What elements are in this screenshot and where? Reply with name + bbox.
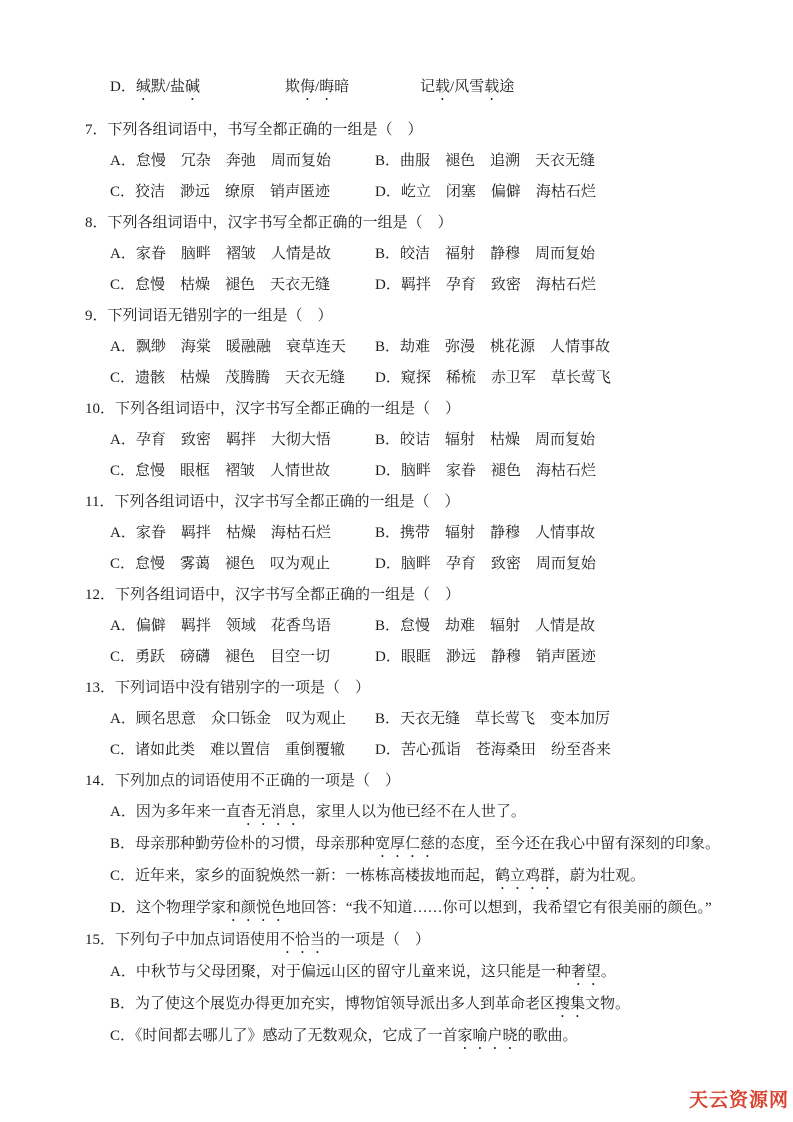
option-d: D．屹立 闭塞 偏僻 海枯石烂 [375,177,596,208]
question-number: 8． [85,215,108,231]
option-a: A．偏僻 羁拌 领域 花香鸟语 [110,611,375,642]
option-row: A．家眷 羁拌 枯燥 海枯石烂 B．携带 辐射 静穆 人情事故 [85,518,750,549]
option-row: A．顾名思意 众口铄金 叹为观止 B．天衣无缝 草长莺飞 变本加厉 [85,704,750,735]
option-a: A．家眷 脑畔 褶皱 人情是故 [110,239,375,270]
watermark-text: 天云资源网 [689,1085,789,1112]
option-c: C．狡洁 渺远 缭原 销声匿迹 [110,177,375,208]
option-c: C．《时间都去哪儿了》感动了无数观众，它成了一首家喻户晓的歌曲。 [85,1021,750,1053]
question-number: 12． [85,587,115,603]
option-a: A．顾名思意 众口铄金 叹为观止 [110,704,375,735]
word-pair-3: 记载/风雪载途 [420,72,514,104]
question-stem: 9．下列词语无错别字的一组是（ ） [85,301,750,332]
question-stem: 14．下列加点的词语使用不正确的一项是（ ） [85,766,750,797]
question-text: 下列词语中没有错别字的一项是（ ） [115,680,370,696]
question-8: 8．下列各组词语中，汉字书写全都正确的一组是（ ） A．家眷 脑畔 褶皱 人情是… [85,208,750,301]
option-row: C．怠慢 雾蔼 褪色 叹为观止 D．脑畔 孕育 致密 周而复始 [85,549,750,580]
option-d: D．脑畔 孕育 致密 周而复始 [375,549,596,580]
word-pair-1: D．缄默/盐碱 [110,72,285,104]
option-a: A．家眷 羁拌 枯燥 海枯石烂 [110,518,375,549]
question-text: 下列各组词语中，汉字书写全都正确的一组是（ ） [114,494,459,510]
question-stem: 11．下列各组词语中，汉字书写全都正确的一组是（ ） [85,487,750,518]
option-a: A．怠慢 冗杂 奔弛 周而复始 [110,146,375,177]
option-b: B．怠慢 劫难 辐射 人情是故 [375,611,595,642]
option-b: B．皎洁 福射 静穆 周而复始 [375,239,595,270]
question-number: 15． [85,932,115,948]
option-d: D．这个物理学家和颜悦色地回答：“我不知道……你可以想到，我希望它有很美丽的颜色… [85,893,750,925]
option-d: D．羁拌 孕育 致密 海枯石烂 [375,270,596,301]
question-13: 13．下列词语中没有错别字的一项是（ ） A．顾名思意 众口铄金 叹为观止 B．… [85,673,750,766]
question-7: 7．下列各组词语中，书写全都正确的一组是（ ） A．怠慢 冗杂 奔弛 周而复始 … [85,115,750,208]
option-c: C．怠慢 雾蔼 褪色 叹为观止 [110,549,375,580]
exam-page: D．缄默/盐碱 欺侮/晦暗 记载/风雪载途 7．下列各组词语中，书写全都正确的一… [85,72,750,1053]
option-row: A．家眷 脑畔 褶皱 人情是故 B．皎洁 福射 静穆 周而复始 [85,239,750,270]
option-d: D．脑畔 家眷 褪色 海枯石烂 [375,456,596,487]
option-b: B．天衣无缝 草长莺飞 变本加厉 [375,704,610,735]
option-c: C．勇跃 磅礴 褪色 目空一切 [110,642,375,673]
option-d: D．窥探 稀梳 赤卫军 草长莺飞 [375,363,611,394]
question-text: 下列各组词语中，汉字书写全都正确的一组是（ ） [115,401,460,417]
option-c: C．诸如此类 难以置信 重倒覆辙 [110,735,375,766]
option-b: B．劫难 弥漫 桃花源 人情事故 [375,332,610,363]
question-number: 14． [85,773,115,789]
question-number: 10． [85,401,115,417]
option-d: D．眼眶 渺远 静穆 销声匿迹 [375,642,596,673]
word-pair-2: 欺侮/晦暗 [285,72,420,104]
option-row: C．诸如此类 难以置信 重倒覆辙 D．苦心孤诣 苍海桑田 纷至沓来 [85,735,750,766]
question-text: 下列句子中加点词语使用不恰当的一项是（ ） [115,932,430,948]
question-stem: 12．下列各组词语中，汉字书写全都正确的一组是（ ） [85,580,750,611]
question-number: 9． [85,308,108,324]
question-14: 14．下列加点的词语使用不正确的一项是（ ） A．因为多年来一直杳无消息，家里人… [85,766,750,925]
question-stem: 10．下列各组词语中，汉字书写全都正确的一组是（ ） [85,394,750,425]
option-b: B．携带 辐射 静穆 人情事故 [375,518,595,549]
carryover-option-line: D．缄默/盐碱 欺侮/晦暗 记载/风雪载途 [85,72,750,104]
question-text: 下列各组词语中，汉字书写全都正确的一组是（ ） [108,215,453,231]
option-b: B．母亲那种勤劳俭朴的习惯，母亲那种宽厚仁慈的态度，至今还在我心中留有深刻的印象… [85,829,750,861]
question-15: 15．下列句子中加点词语使用不恰当的一项是（ ） A．中秋节与父母团聚，对于偏远… [85,925,750,1053]
option-row: C．勇跃 磅礴 褪色 目空一切 D．眼眶 渺远 静穆 销声匿迹 [85,642,750,673]
option-c: C．近年来，家乡的面貌焕然一新：一栋栋高楼拔地而起，鹤立鸡群，蔚为壮观。 [85,861,750,893]
question-text: 下列加点的词语使用不正确的一项是（ ） [115,773,400,789]
question-text: 下列词语无错别字的一组是（ ） [108,308,333,324]
question-12: 12．下列各组词语中，汉字书写全都正确的一组是（ ） A．偏僻 羁拌 领域 花香… [85,580,750,673]
question-stem: 13．下列词语中没有错别字的一项是（ ） [85,673,750,704]
question-number: 7． [85,122,108,138]
question-stem: 7．下列各组词语中，书写全都正确的一组是（ ） [85,115,750,146]
option-a: A．飘缈 海棠 暖融融 衰草连天 [110,332,375,363]
question-text: 下列各组词语中，书写全都正确的一组是（ ） [108,122,423,138]
option-c: C．怠慢 眼框 褶皱 人情世故 [110,456,375,487]
option-row: C．怠慢 眼框 褶皱 人情世故 D．脑畔 家眷 褪色 海枯石烂 [85,456,750,487]
question-10: 10．下列各组词语中，汉字书写全都正确的一组是（ ） A．孕育 致密 羁拌 大彻… [85,394,750,487]
option-c: C．遗骸 枯燥 茂腾腾 天衣无缝 [110,363,375,394]
option-b: B．皎诘 辐射 枯燥 周而复始 [375,425,595,456]
option-c: C．怠慢 枯燥 褪色 天衣无缝 [110,270,375,301]
question-number: 13． [85,680,115,696]
question-stem: 8．下列各组词语中，汉字书写全都正确的一组是（ ） [85,208,750,239]
question-9: 9．下列词语无错别字的一组是（ ） A．飘缈 海棠 暖融融 衰草连天 B．劫难 … [85,301,750,394]
option-row: C．遗骸 枯燥 茂腾腾 天衣无缝 D．窥探 稀梳 赤卫军 草长莺飞 [85,363,750,394]
option-a: A．中秋节与父母团聚，对于偏远山区的留守儿童来说，这只能是一种奢望。 [85,957,750,989]
question-text: 下列各组词语中，汉字书写全都正确的一组是（ ） [115,587,460,603]
option-row: C．怠慢 枯燥 褪色 天衣无缝 D．羁拌 孕育 致密 海枯石烂 [85,270,750,301]
option-row: A．孕育 致密 羁拌 大彻大悟 B．皎诘 辐射 枯燥 周而复始 [85,425,750,456]
question-number: 11． [85,494,114,510]
question-stem: 15．下列句子中加点词语使用不恰当的一项是（ ） [85,925,750,957]
option-row: A．偏僻 羁拌 领域 花香鸟语 B．怠慢 劫难 辐射 人情是故 [85,611,750,642]
option-b: B．为了使这个展览办得更加充实，博物馆领导派出多人到革命老区搜集文物。 [85,989,750,1021]
option-d: D．苦心孤诣 苍海桑田 纷至沓来 [375,735,611,766]
option-a: A．因为多年来一直杳无消息，家里人以为他已经不在人世了。 [85,797,750,829]
option-b: B．曲服 褪色 追溯 天衣无缝 [375,146,595,177]
option-a: A．孕育 致密 羁拌 大彻大悟 [110,425,375,456]
question-11: 11．下列各组词语中，汉字书写全都正确的一组是（ ） A．家眷 羁拌 枯燥 海枯… [85,487,750,580]
option-row: A．飘缈 海棠 暖融融 衰草连天 B．劫难 弥漫 桃花源 人情事故 [85,332,750,363]
option-row: A．怠慢 冗杂 奔弛 周而复始 B．曲服 褪色 追溯 天衣无缝 [85,146,750,177]
option-row: C．狡洁 渺远 缭原 销声匿迹 D．屹立 闭塞 偏僻 海枯石烂 [85,177,750,208]
